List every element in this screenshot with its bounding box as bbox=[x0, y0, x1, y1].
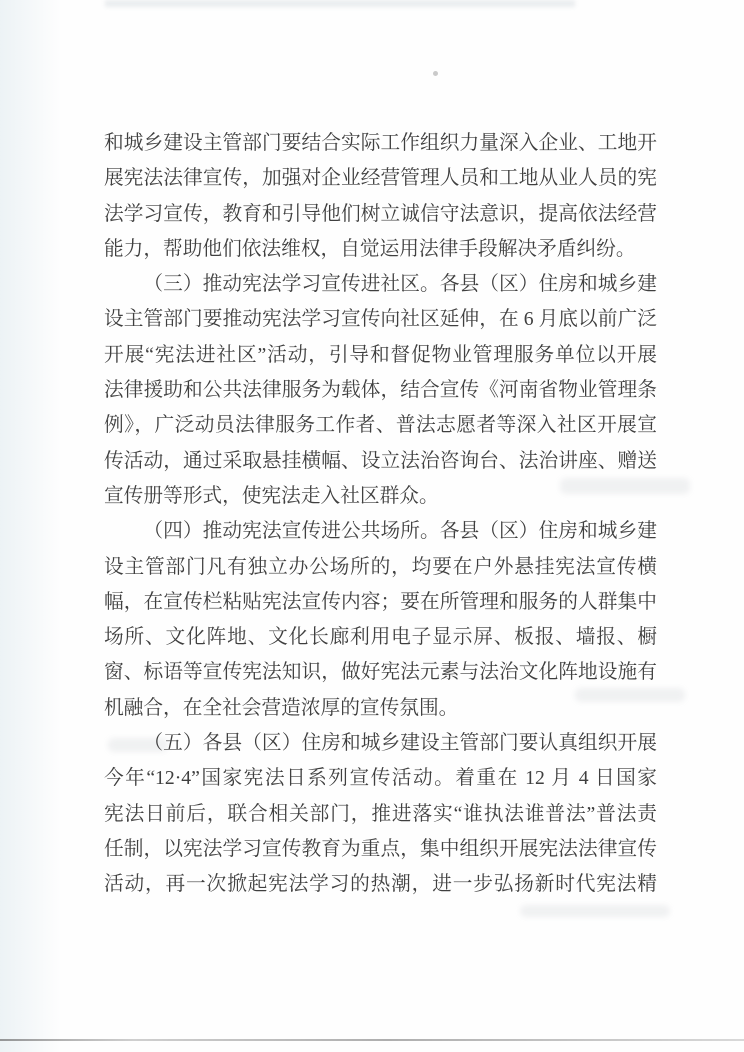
text-line: 幅，在宣传栏粘贴宪法宣传内容；要在所管理和服务的人群集中 bbox=[104, 585, 657, 620]
text-line: 设主管部门要推动宪法学习宣传向社区延伸，在 6 月底以前广泛 bbox=[104, 302, 657, 337]
text-line: 机融合，在全社会营造浓厚的宣传氛围。 bbox=[104, 691, 657, 726]
text-line: 展宪法法律宣传，加强对企业经营管理人员和工地从业人员的宪 bbox=[104, 161, 657, 196]
text-line: （四）推动宪法宣传进公共场所。各县（区）住房和城乡建 bbox=[104, 514, 657, 549]
text-line: 活动，再一次掀起宪法学习的热潮，进一步弘扬新时代宪法精 bbox=[104, 867, 657, 902]
text-line: 传活动，通过采取悬挂横幅、设立法治咨询台、法治讲座、赠送 bbox=[104, 444, 657, 479]
text-line: 开展“宪法进社区”活动，引导和督促物业管理服务单位以开展 bbox=[104, 338, 657, 373]
scan-top-streak bbox=[105, 0, 575, 7]
scan-speck bbox=[433, 71, 438, 76]
scanned-document-page: 和城乡建设主管部门要结合实际工作组织力量深入企业、工地开展宪法法律宣传，加强对企… bbox=[0, 0, 744, 1052]
text-line: （五）各县（区）住房和城乡建设主管部门要认真组织开展 bbox=[104, 726, 657, 761]
scan-bottom-edge-line bbox=[0, 1039, 744, 1041]
text-line: 窗、标语等宣传宪法知识，做好宪法元素与法治文化阵地设施有 bbox=[104, 655, 657, 690]
text-line: 法学习宣传，教育和引导他们树立诚信守法意识，提高依法经营 bbox=[104, 197, 657, 232]
text-line: 任制，以宪法学习宣传教育为重点，集中组织开展宪法法律宣传 bbox=[104, 832, 657, 867]
text-line: 今年“12·4”国家宪法日系列宣传活动。着重在 12 月 4 日国家 bbox=[104, 761, 657, 796]
text-line: 法律援助和公共法律服务为载体，结合宣传《河南省物业管理条 bbox=[104, 373, 657, 408]
bleed-through-smudge bbox=[520, 905, 670, 917]
text-line: 场所、文化阵地、文化长廊利用电子显示屏、板报、墙报、橱 bbox=[104, 620, 657, 655]
text-line: 设主管部门凡有独立办公场所的，均要在户外悬挂宪法宣传横 bbox=[104, 550, 657, 585]
scan-left-edge-tint bbox=[0, 0, 62, 1052]
text-line: 宪法日前后，联合相关部门，推进落实“谁执法谁普法”普法责 bbox=[104, 797, 657, 832]
text-line: 宣传册等形式，使宪法走入社区群众。 bbox=[104, 479, 657, 514]
text-line: 和城乡建设主管部门要结合实际工作组织力量深入企业、工地开 bbox=[104, 126, 657, 161]
document-body: 和城乡建设主管部门要结合实际工作组织力量深入企业、工地开展宪法法律宣传，加强对企… bbox=[104, 126, 657, 903]
text-line: 例》，广泛动员法律服务工作者、普法志愿者等深入社区开展宣 bbox=[104, 408, 657, 443]
text-line: （三）推动宪法学习宣传进社区。各县（区）住房和城乡建 bbox=[104, 267, 657, 302]
text-line: 能力，帮助他们依法维权，自觉运用法律手段解决矛盾纠纷。 bbox=[104, 232, 657, 267]
